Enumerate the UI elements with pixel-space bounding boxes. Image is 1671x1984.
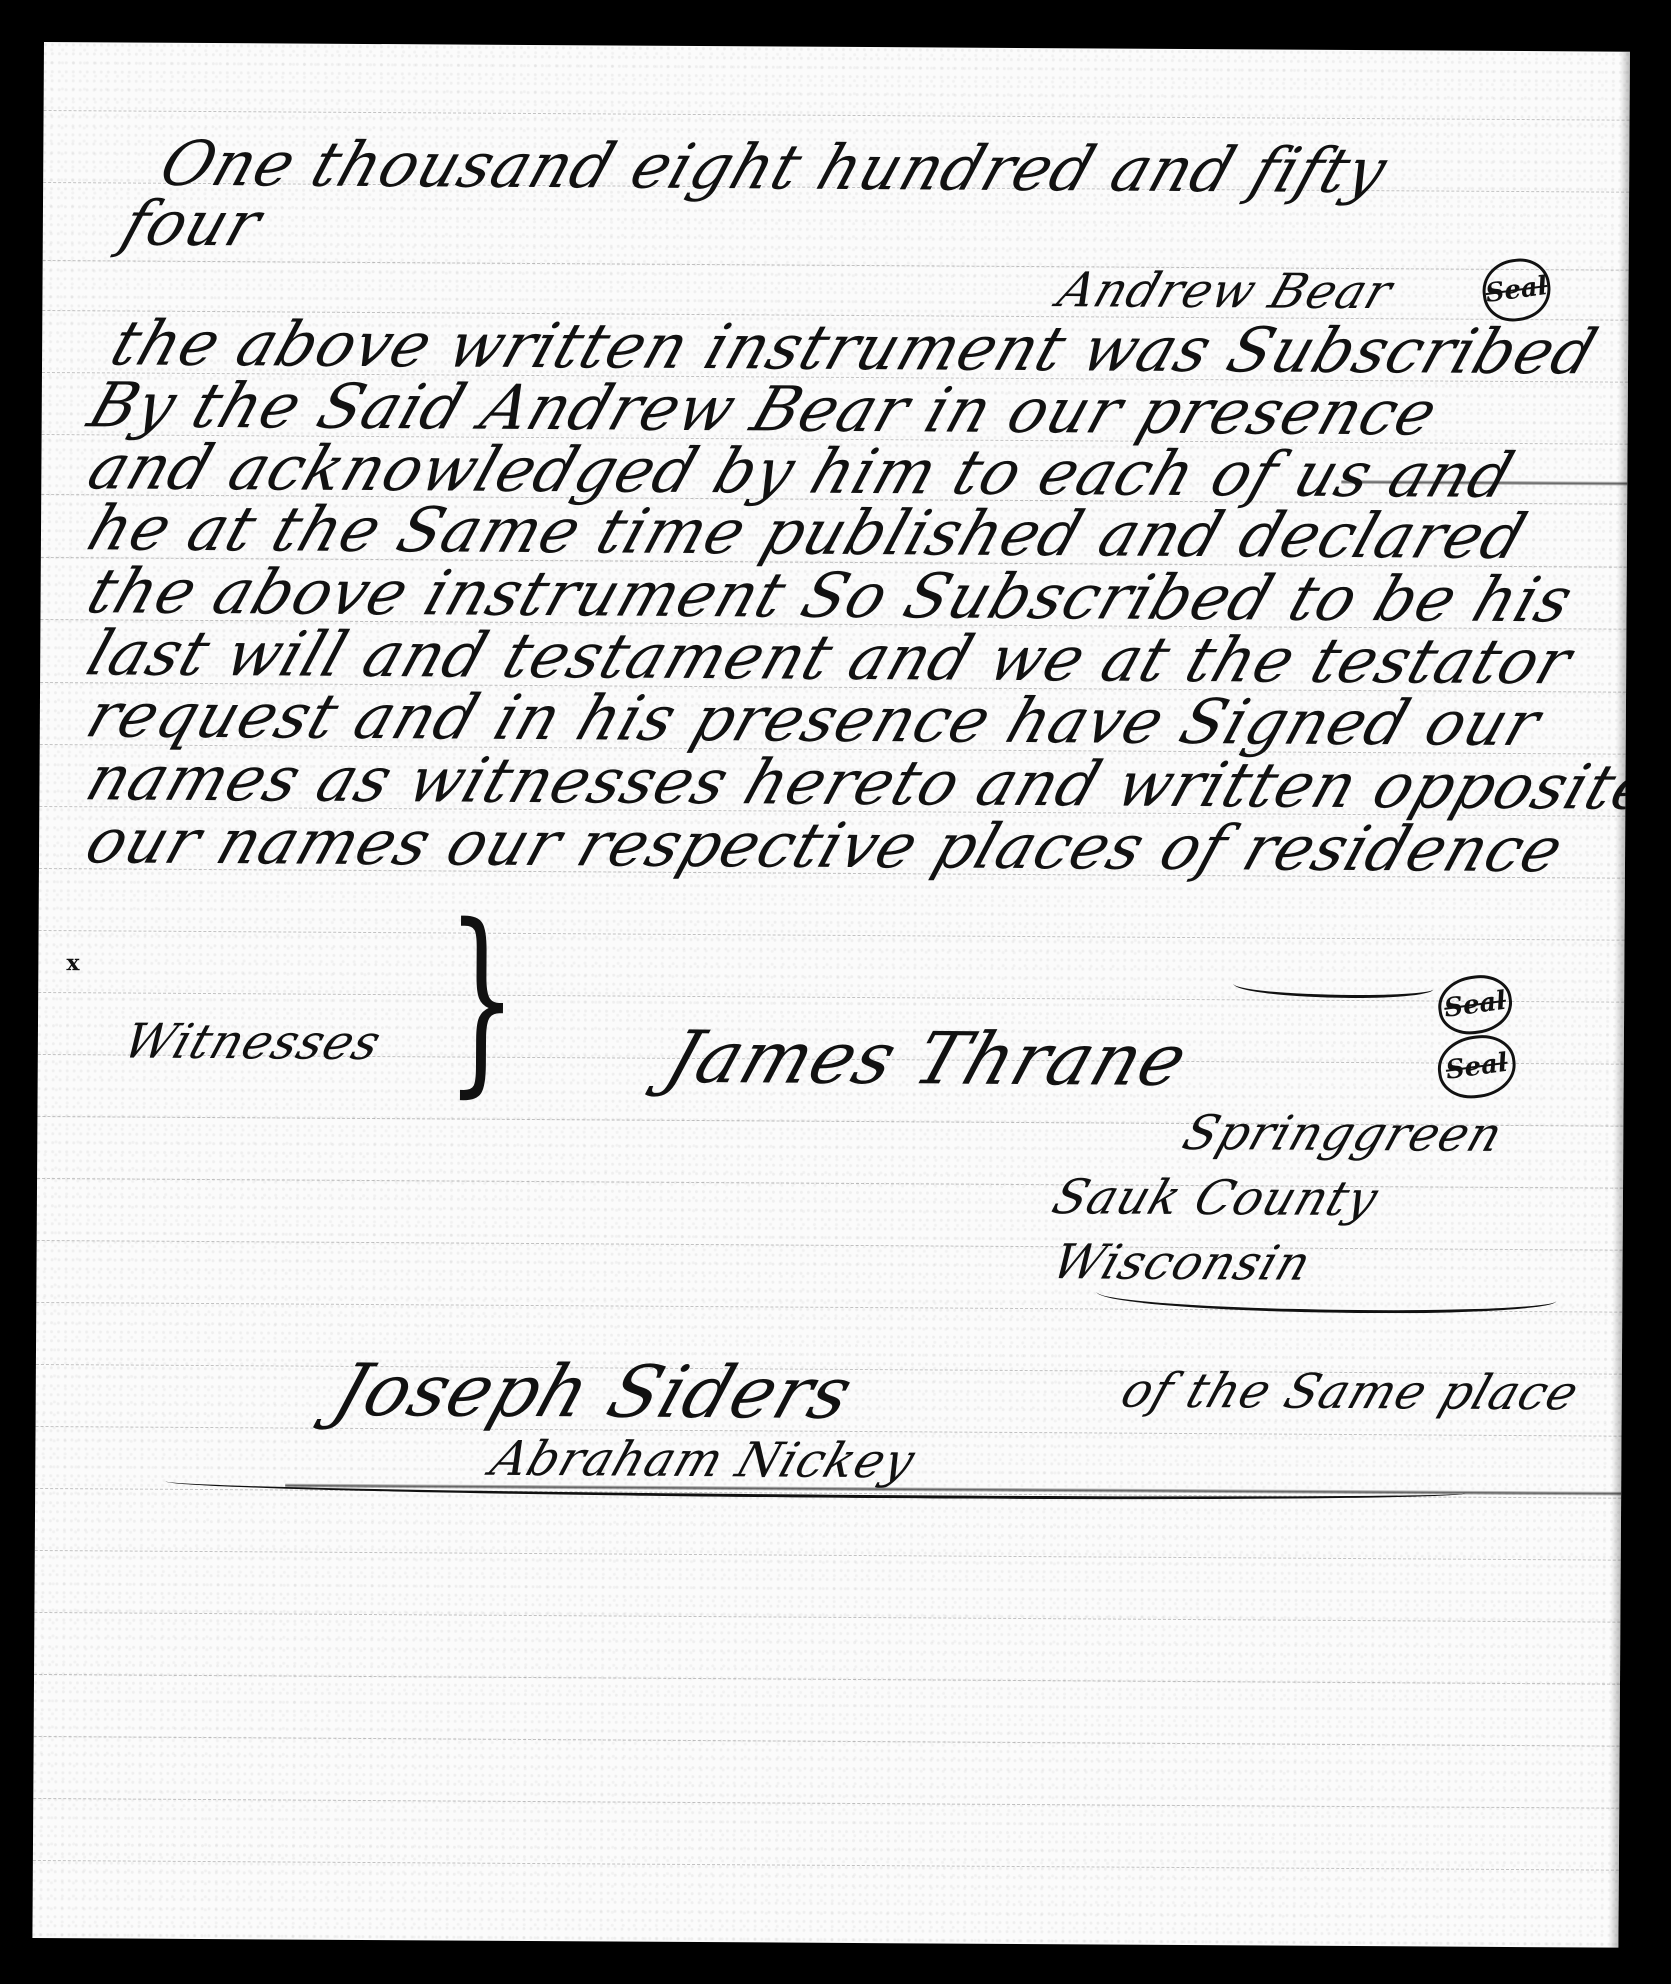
ruled-line xyxy=(37,1178,1623,1189)
ruled-line xyxy=(37,1240,1623,1251)
ruled-line xyxy=(44,110,1630,121)
margin-mark: x xyxy=(66,950,79,976)
witness-seal-1: Seal xyxy=(1435,971,1516,1038)
document-page: One thousand eight hundred and fifty fou… xyxy=(32,42,1630,1948)
ruled-line xyxy=(34,1612,1620,1623)
witness-signature: Joseph Siders xyxy=(326,1354,862,1429)
residence-county: Sauk County xyxy=(1047,1173,1385,1223)
ruled-line xyxy=(34,1674,1620,1685)
attestation-line: our names our respective places of resid… xyxy=(79,810,1571,881)
witnesses-label: Witnesses xyxy=(118,1018,388,1067)
same-place-note: of the Same place xyxy=(1116,1367,1585,1418)
ruled-line xyxy=(35,1550,1621,1561)
witness-seal-2: Seal xyxy=(1434,1031,1520,1103)
date-line-2: four xyxy=(115,193,269,256)
signature-flourish xyxy=(1233,974,1433,998)
date-line-1: One thousand eight hundred and fifty xyxy=(153,133,1395,202)
ruled-line xyxy=(33,1798,1619,1809)
paper-edge-shadow xyxy=(1608,52,1630,1948)
ruled-line xyxy=(34,1736,1620,1747)
testator-signature: Andrew Bear xyxy=(1052,266,1398,316)
witness-signature: James Thrane xyxy=(658,1021,1197,1096)
ruled-line xyxy=(33,1860,1619,1871)
residence-town: Springgreen xyxy=(1177,1109,1509,1159)
brace-icon: } xyxy=(446,899,517,1099)
ruled-line xyxy=(39,930,1625,941)
signature-underline xyxy=(165,1473,1465,1502)
